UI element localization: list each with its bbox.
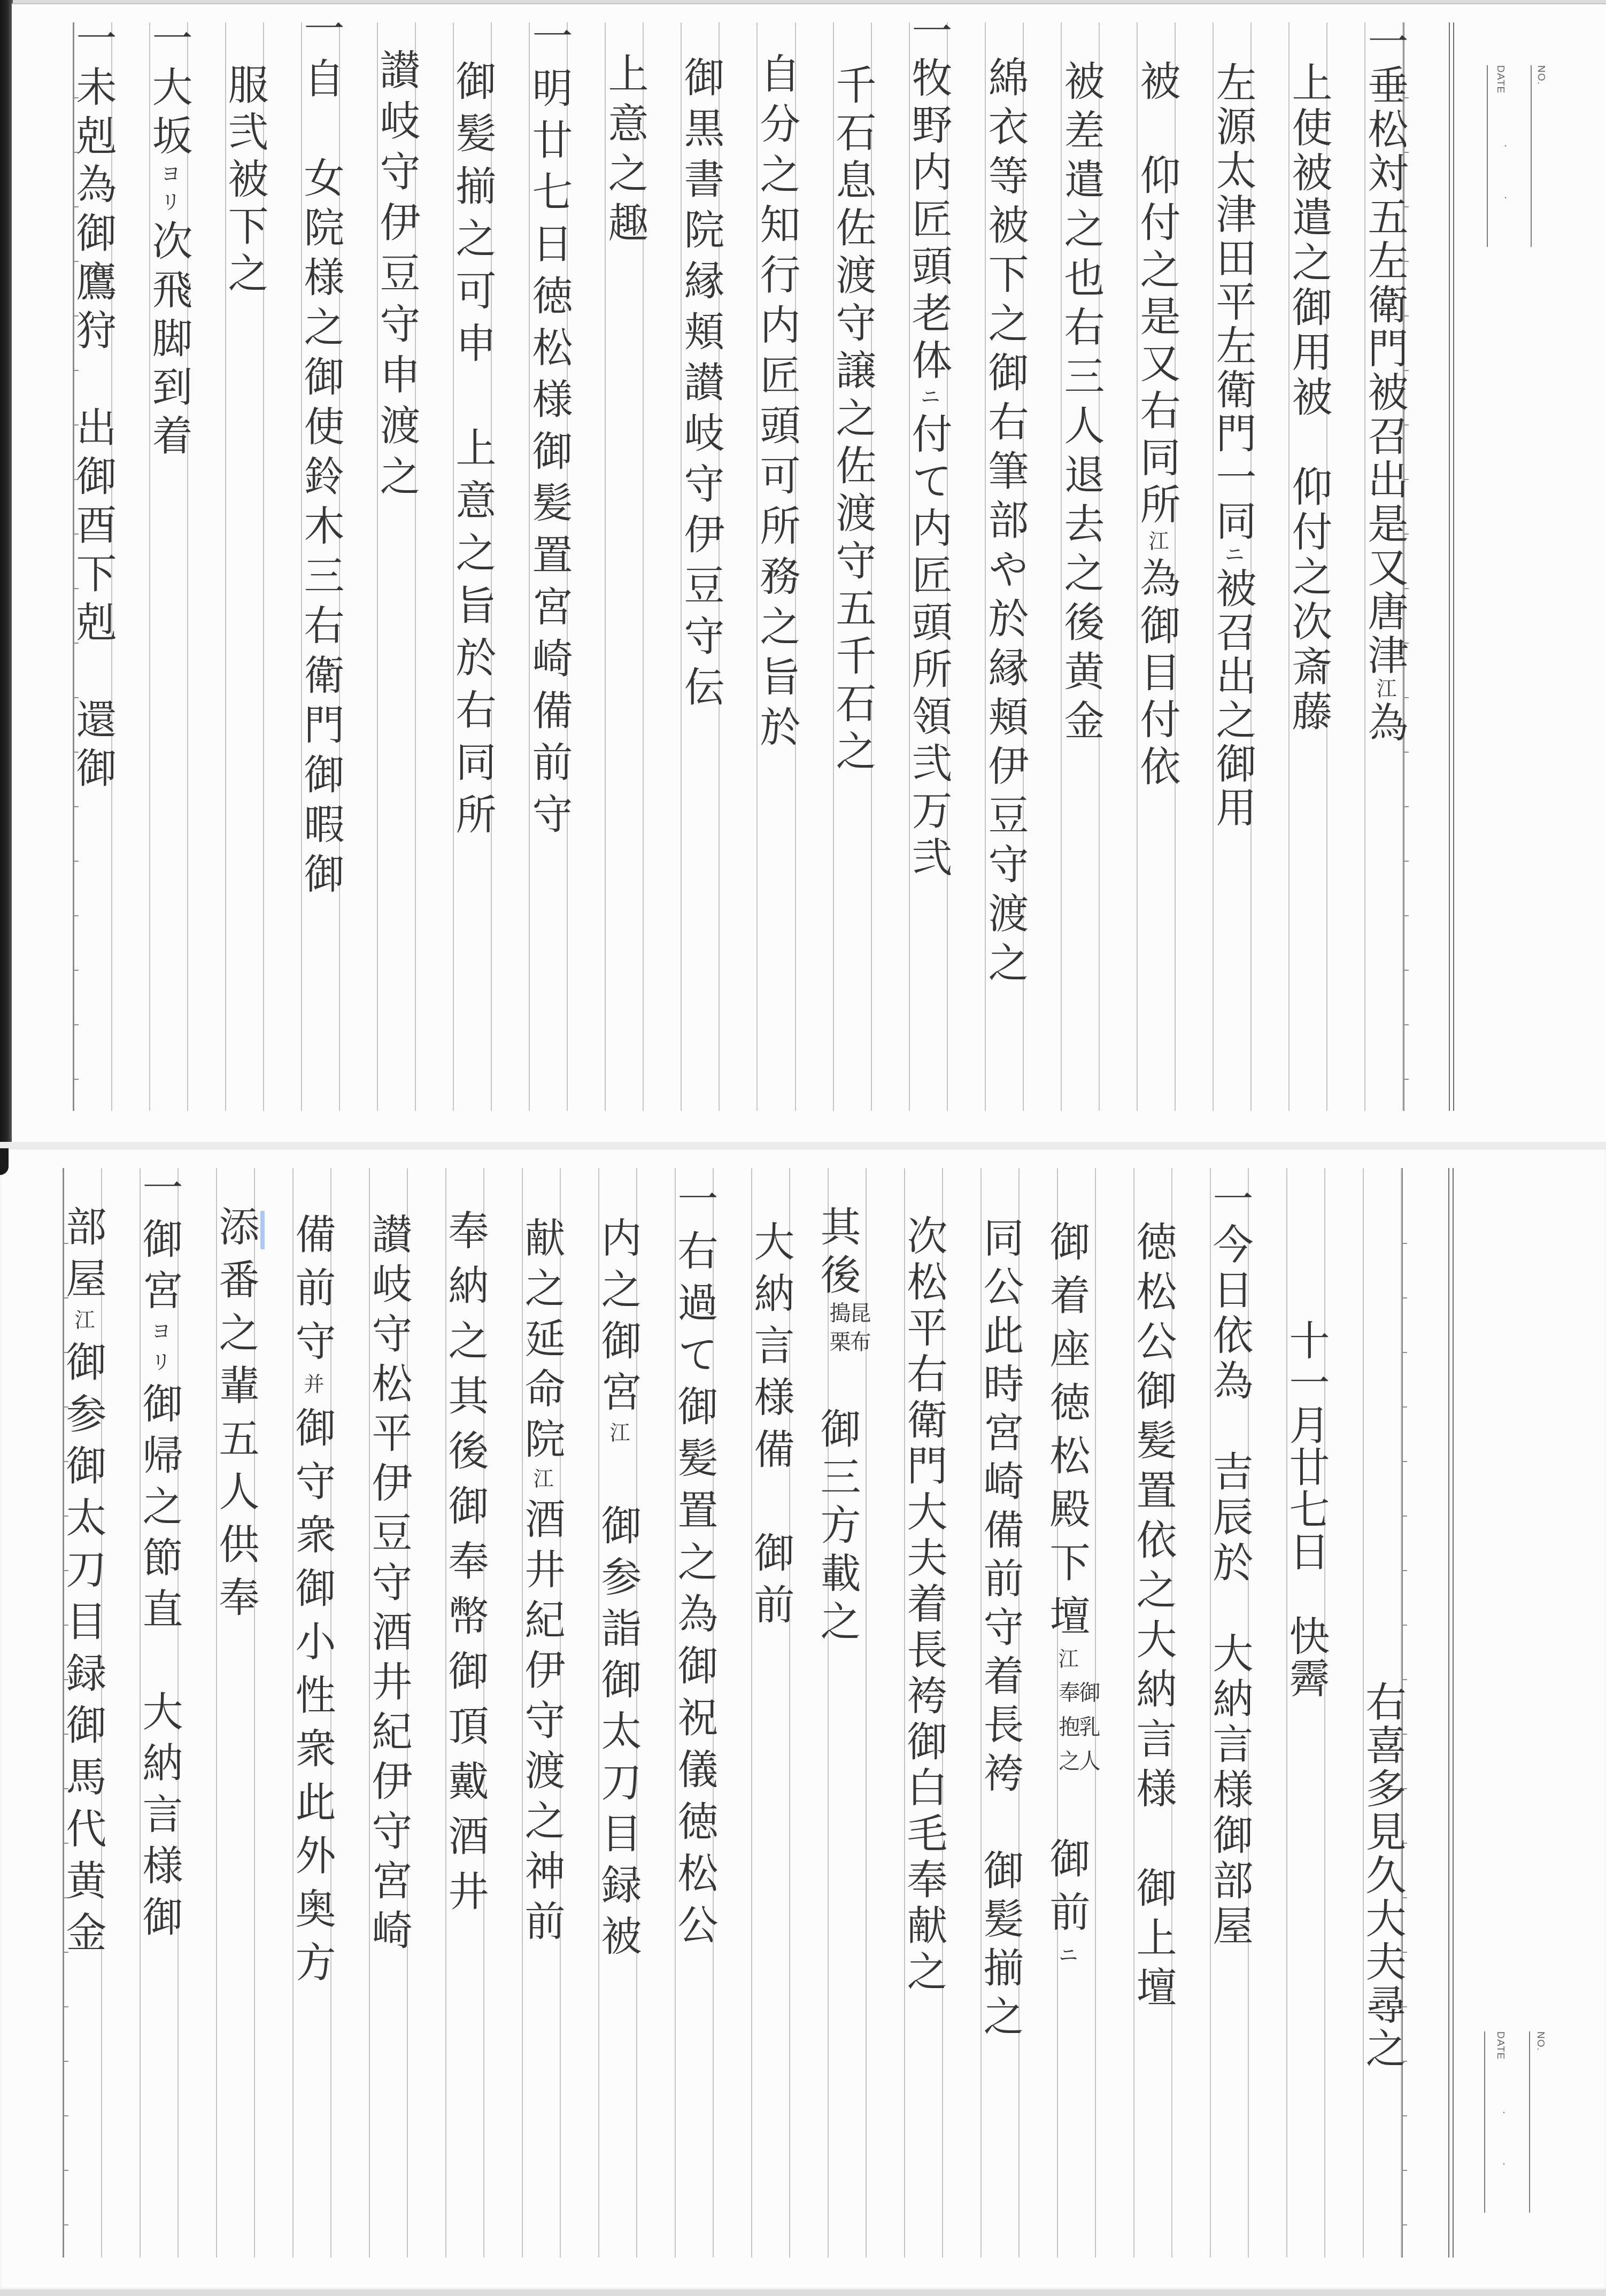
column-text: 御髪揃之可申 上意之旨於右同所	[449, 60, 497, 846]
small-annotation: 江	[1373, 678, 1396, 701]
column-text: 其後	[814, 1205, 861, 1302]
column-text: 讃岐守松平伊豆守酒井紀伊守宮崎	[365, 1213, 413, 1959]
binding-edge	[0, 0, 13, 1145]
text-column: 一御宮ヨリ御帰之節直 大納言様御	[138, 1166, 181, 1947]
text-column: 備前守并御守衆御小性衆此外奥方	[291, 1213, 334, 1994]
small-annotation: ニ	[1221, 544, 1245, 567]
column-text: 部屋	[59, 1205, 107, 1309]
column-text: 服弐被下之	[221, 64, 269, 299]
column-text: 御参詣御太刀目録被	[594, 1453, 642, 1966]
interlinear-note: 昆布搗栗	[828, 1302, 869, 1359]
small-annotation: 江	[1055, 1648, 1078, 1681]
text-column: 部屋江御参御太刀目録御馬代黄金	[61, 1205, 104, 1963]
ruled-lines	[73, 22, 1404, 1111]
text-column: 自分之知行内匠頭可所務之旨於	[755, 52, 798, 756]
column-text: 綿衣等被下之御右筆部や於縁頬伊豆守渡之	[982, 56, 1029, 991]
note-right-line: 御乳人	[1078, 1681, 1098, 1784]
column-text: 一大坂	[145, 17, 193, 163]
text-column: 其後昆布搗栗 御三方載之	[826, 1205, 869, 1648]
text-column: 千石息佐渡守譲之佐渡守五千石之	[831, 64, 874, 777]
column-text: 被召出之御用	[1209, 567, 1257, 830]
text-column: 奉納之其後御奉幣御頂戴酒井	[444, 1209, 487, 1925]
column-text: 十一月廿七日 快霽	[1283, 1319, 1330, 1699]
column-text: 上使被遣之御用被 仰付之次斎藤	[1285, 61, 1333, 735]
text-column: 内之御宮江 御参詣御太刀目録被	[597, 1217, 639, 1966]
column-text: 一御宮	[136, 1166, 183, 1320]
text-column: 一自 女院様之御使鈴木三右衛門御暇御	[299, 7, 342, 902]
column-text: 徳松公御髪置依之大納言様 御上壇	[1130, 1220, 1177, 2016]
column-text: 同公此時宮崎備前守着長袴 御髪揃之	[977, 1217, 1024, 2044]
text-column: 讃岐守松平伊豆守酒井紀伊守宮崎	[367, 1213, 410, 1959]
header-date-label: DATE	[1494, 2031, 1506, 2060]
column-text: 一自 女院様之御使鈴木三右衛門御暇御	[297, 7, 345, 902]
text-column: 献之延命院江酒井紀伊守渡之神前	[520, 1217, 563, 1950]
date-separator-dot: .	[1502, 2155, 1505, 2167]
column-text: 上意之趣	[601, 52, 649, 251]
text-column: 左源太津田平左衛門一同ニ被召出之御用	[1211, 61, 1254, 830]
column-text: 一今日依為 吉辰於 大納言様御部屋	[1206, 1178, 1254, 1950]
column-text: 御黒書院縁頬讃岐守伊豆守伝	[677, 56, 725, 716]
text-column: 被差遣之也右三人退去之後黄金	[1060, 60, 1102, 748]
text-column: 次松平右衛門大夫着長袴御白毛奉献之	[902, 1215, 945, 1996]
small-annotation: 江	[606, 1422, 630, 1453]
note-right-line: 昆布	[848, 1302, 869, 1359]
column-text: 千石息佐渡守譲之佐渡守五千石之	[829, 64, 877, 777]
page-gap	[0, 1142, 1606, 1149]
column-text: 一右過て御髪置之為御祝儀徳松公	[671, 1178, 719, 1955]
column-text: 為	[1361, 701, 1409, 745]
text-column: 一大坂ヨリ次飛脚到着	[148, 17, 190, 463]
column-text: 次松平右衛門大夫着長袴御白毛奉献之	[900, 1215, 948, 1996]
text-column: 綿衣等被下之御右筆部や於縁頬伊豆守渡之	[984, 56, 1026, 991]
column-text: 為御目付依	[1133, 557, 1181, 792]
text-column: 御黒書院縁頬讃岐守伊豆守伝	[680, 56, 722, 716]
header-no-underline	[1531, 65, 1532, 247]
text-column: 御着座徳松殿下壇江御乳人奉抱之 御前ニ	[1055, 1220, 1098, 1977]
text-column: 上使被遣之御用被 仰付之次斎藤	[1287, 61, 1330, 735]
small-annotation: ニ	[917, 386, 940, 413]
date-separator-dot: .	[1504, 137, 1507, 149]
column-text: 右喜多見久大夫尋之	[1359, 1681, 1407, 2070]
text-column: 一明廿七日徳松様御髪置宮崎備前守	[528, 15, 570, 845]
text-column: 被 仰付之是又右同所江為御目付依	[1136, 60, 1178, 792]
small-annotation: ヨリ	[148, 1320, 171, 1382]
column-text: 自分之知行内匠頭可所務之旨於	[753, 52, 801, 756]
note-left-line: 奉抱之	[1057, 1681, 1078, 1784]
margin-double-line	[1449, 22, 1454, 1111]
text-column: 右喜多見久大夫尋之	[1361, 1681, 1404, 2070]
column-text: 一垂松対五左衛門被召出是又唐津	[1361, 20, 1409, 678]
column-text: 御三方載之	[814, 1359, 861, 1648]
note-left-line: 搗栗	[828, 1302, 848, 1359]
small-annotation: 江	[530, 1468, 553, 1498]
column-text: 讃岐守伊豆守申渡之	[373, 49, 421, 506]
date-separator-dot: .	[1504, 189, 1507, 200]
column-text: 被 仰付之是又右同所	[1133, 60, 1181, 530]
margin-double-line	[1448, 1168, 1454, 2258]
column-text: 一牧野内匠頭老体	[905, 10, 953, 386]
interlinear-note: 御乳人奉抱之	[1057, 1681, 1098, 1784]
text-column: 添番之輩五人供奉	[214, 1205, 257, 1629]
header-date-underline	[1487, 65, 1488, 247]
column-text: 御参御太刀目録御馬代黄金	[59, 1341, 107, 1963]
text-column: 大納言様備 御前	[750, 1220, 792, 1635]
small-annotation: ニ	[1055, 1944, 1078, 1977]
header-no-label: NO.	[1534, 2031, 1546, 2051]
column-text: 酒井紀伊守渡之神前	[518, 1498, 566, 1950]
text-column: 一垂松対五左衛門被召出是又唐津江為	[1363, 20, 1406, 745]
date-separator-dot: .	[1502, 2104, 1505, 2115]
text-column: 徳松公御髪置依之大納言様 御上壇	[1132, 1220, 1175, 2016]
column-text: 奉納之其後御奉幣御頂戴酒井	[442, 1209, 489, 1925]
header-date-underline	[1484, 2031, 1485, 2213]
date-heading: 十一月廿七日 快霽	[1285, 1319, 1327, 1699]
column-text: 御前	[1043, 1784, 1091, 1944]
text-column: 一右過て御髪置之為御祝儀徳松公	[673, 1178, 716, 1955]
column-text: 御帰之節直 大納言様御	[136, 1382, 183, 1947]
column-text: 献之延命院	[518, 1217, 566, 1468]
column-text: 添番之輩五人供奉	[212, 1205, 260, 1629]
column-text: 備前守	[289, 1213, 336, 1373]
column-text: 御守衆御小性衆此外奥方	[289, 1406, 336, 1994]
column-text: 被差遣之也右三人退去之後黄金	[1057, 60, 1105, 748]
text-column: 服弐被下之	[223, 64, 266, 299]
highlighter-mark	[260, 1211, 265, 1249]
header-no-label: NO.	[1535, 65, 1547, 85]
text-column: 御髪揃之可申 上意之旨於右同所	[451, 60, 494, 846]
header-no-underline	[1529, 2031, 1530, 2213]
column-text: 左源太津田平左衛門一同	[1209, 61, 1257, 544]
text-column: 讃岐守伊豆守申渡之	[375, 49, 418, 506]
ruled-lines	[63, 1168, 1403, 2258]
column-text: 大納言様備 御前	[747, 1220, 795, 1635]
column-text: 一未剋為御鷹狩 出御酉下剋 還御	[70, 17, 117, 795]
text-column: 一牧野内匠頭老体ニ付て内匠頭所領弐万弐	[907, 10, 950, 883]
small-annotation: 江	[1145, 530, 1169, 557]
small-annotation: ヨリ	[157, 163, 181, 220]
column-text: 内之御宮	[594, 1217, 642, 1422]
small-annotation: 江	[71, 1309, 95, 1341]
column-text: 付て内匠頭所領弐万弐	[905, 413, 953, 883]
text-column: 一今日依為 吉辰於 大納言様御部屋	[1208, 1178, 1251, 1950]
column-text: 御着座徳松殿下壇	[1043, 1220, 1091, 1648]
header-date-label: DATE	[1494, 65, 1506, 94]
text-column: 上意之趣	[604, 52, 646, 251]
column-text: 一明廿七日徳松様御髪置宮崎備前守	[526, 15, 573, 845]
text-column: 一未剋為御鷹狩 出御酉下剋 還御	[72, 17, 114, 795]
text-column: 同公此時宮崎備前守着長袴 御髪揃之	[979, 1217, 1022, 2044]
column-text: 次飛脚到着	[145, 220, 193, 463]
small-annotation: 并	[300, 1373, 324, 1406]
